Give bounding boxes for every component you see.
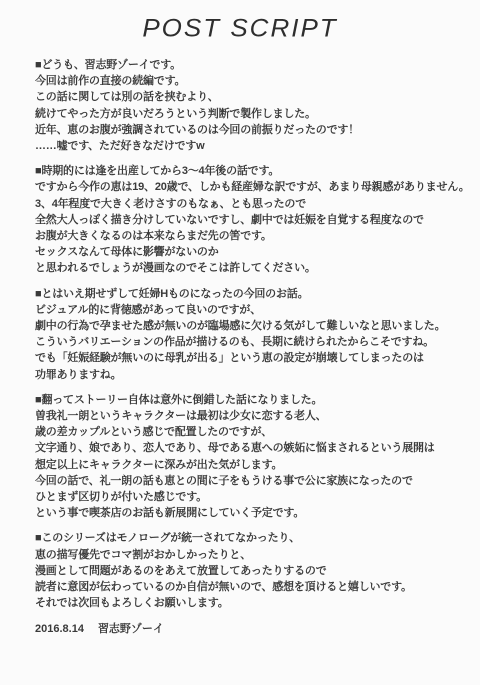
text-line: ■とはいえ期せずして妊婦Hものになったの今回のお話。 xyxy=(35,286,452,302)
signature-date: 2016.8.14 xyxy=(35,621,84,637)
text-line: 全然大人っぽく描き分けしていないですし、劇中では妊娠を自覚する程度なので xyxy=(35,212,452,228)
text-line: ひとまず区切りが付いた感じです。 xyxy=(35,489,452,505)
text-line: 恵の描写優先でコマ割がおかしかったりと、 xyxy=(35,547,452,563)
afterword-section-intro: ■どうも、習志野ゾーイです。 今回は前作の直接の続編です。 この話に関しては別の… xyxy=(35,57,452,154)
text-line: という事で喫茶店のお話も新展開にしていく予定です。 xyxy=(35,505,452,521)
text-line: と思われるでしょうが漫画なのでそこは許してください。 xyxy=(35,260,452,276)
text-line: 想定以上にキャラクターに深みが出た気がします。 xyxy=(35,457,452,473)
afterword-section-timeline: ■時期的には逢を出産してから3～4年後の話です。 ですから今作の恵は19、20歳… xyxy=(35,163,452,276)
text-line: それでは次回もよろしくお願いします。 xyxy=(35,595,452,611)
text-line: 今回の話で、礼一朗の話も恵との間に子をもうける事で公に家族になったので xyxy=(35,473,452,489)
text-line: ■時期的には逢を出産してから3～4年後の話です。 xyxy=(35,163,452,179)
text-line: ……嘘です、ただ好きなだけですw xyxy=(35,138,452,154)
afterword-section-theme: ■とはいえ期せずして妊婦Hものになったの今回のお話。 ビジュアル的に背徳感があっ… xyxy=(35,286,452,383)
text-line: ■翻ってストーリー自体は意外に倒錯した話になりました。 xyxy=(35,392,452,408)
text-line: ■どうも、習志野ゾーイです。 xyxy=(35,57,452,73)
afterword-section-story: ■翻ってストーリー自体は意外に倒錯した話になりました。 曽我礼一朗というキャラク… xyxy=(35,392,452,522)
text-line: ビジュアル的に背徳感があって良いのですが、 xyxy=(35,302,452,318)
signature: 2016.8.14 習志野ゾーイ xyxy=(35,621,452,637)
text-line: ■このシリーズはモノローグが統一されてなかったり、 xyxy=(35,530,452,546)
text-line: 今回は前作の直接の続編です。 xyxy=(35,73,452,89)
page-title: POST SCRIPT xyxy=(35,15,445,42)
afterword-section-closing: ■このシリーズはモノローグが統一されてなかったり、 恵の描写優先でコマ割がおかし… xyxy=(35,530,452,611)
text-line: 3、4年程度で大きく老けさすのもなぁ、とも思ったので xyxy=(35,196,452,212)
text-line: 劇中の行為で孕ませた感が無いのが臨場感に欠ける気がして難しいなと思いました。 xyxy=(35,318,452,334)
signature-author: 習志野ゾーイ xyxy=(98,621,164,637)
text-line: 文字通り、娘であり、恋人であり、母である恵への嫉妬に悩まされるという展開は xyxy=(35,440,452,456)
text-line: 功罪ありますね。 xyxy=(35,367,452,383)
text-line: 続けてやった方が良いだろうという判断で製作しました。 xyxy=(35,106,452,122)
text-line: こういうバリエーションの作品が描けるのも、長期に続けられたからこそですね。 xyxy=(35,334,452,350)
text-line: この話に関しては別の話を挟むより、 xyxy=(35,89,452,105)
post-script-page: POST SCRIPT ■どうも、習志野ゾーイです。 今回は前作の直接の続編です… xyxy=(0,0,480,685)
text-line: ですから今作の恵は19、20歳で、しかも経産婦な訳ですが、あまり母親感がありませ… xyxy=(35,179,452,195)
text-line: 歳の差カップルという感じで配置したのですが、 xyxy=(35,424,452,440)
text-line: 漫画として問題があるのをあえて放置してあったりするので xyxy=(35,563,452,579)
text-line: セックスなんて母体に影響がないのか xyxy=(35,244,452,260)
text-line: お腹が大きくなるのは本来ならまだ先の筈です。 xyxy=(35,228,452,244)
text-line: でも「妊娠経験が無いのに母乳が出る」という恵の設定が崩壊してしまったのは xyxy=(35,350,452,366)
text-line: 曽我礼一朗というキャラクターは最初は少女に恋する老人、 xyxy=(35,408,452,424)
text-line: 近年、恵のお腹が強調されているのは今回の前振りだったのです！ xyxy=(35,122,452,138)
text-line: 読者に意図が伝わっているのか自信が無いので、感想を頂けると嬉しいです。 xyxy=(35,579,452,595)
